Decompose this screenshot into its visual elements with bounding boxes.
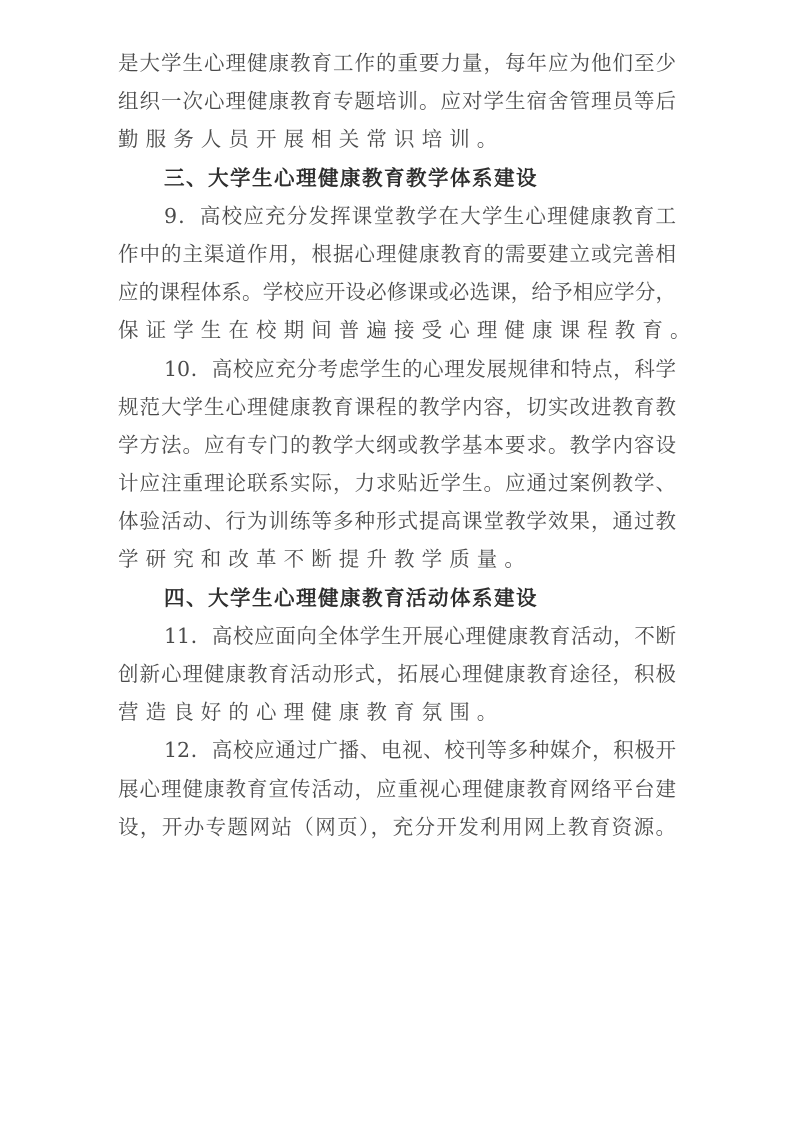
paragraph-10: 10．高校应充分考虑学生的心理发展规律和特点，科学 规范大学生心理健康教育课程的…: [118, 350, 676, 579]
paragraph-12: 12．高校应通过广播、电视、校刊等多种媒介，积极开 展心理健康教育宣传活动，应重…: [118, 731, 676, 846]
section-heading-3: 三、大学生心理健康教育教学体系建设: [118, 159, 676, 197]
text-line: 作中的主渠道作用，根据心理健康教育的需要建立或完善相: [118, 235, 676, 273]
text-line: 体验活动、行为训练等多种形式提高课堂教学效果，通过教: [118, 502, 676, 540]
text-line: 设，开办专题网站（网页），充分开发利用网上教育资源。: [118, 808, 676, 846]
text-line: 应的课程体系。学校应开设必修课或必选课，给予相应学分，: [118, 273, 676, 311]
text-line: 创新心理健康教育活动形式，拓展心理健康教育途径，积极: [118, 655, 676, 693]
text-line: 展心理健康教育宣传活动，应重视心理健康教育网络平台建: [118, 770, 676, 808]
text-line: 保证学生在校期间普遍接受心理健康课程教育。: [118, 311, 676, 349]
text-line: 勤服务人员开展相关常识培训。: [118, 120, 676, 158]
text-line: 学方法。应有专门的教学大纲或教学基本要求。教学内容设: [118, 426, 676, 464]
text-line: 9．高校应充分发挥课堂教学在大学生心理健康教育工: [118, 197, 676, 235]
paragraph-11: 11．高校应面向全体学生开展心理健康教育活动，不断 创新心理健康教育活动形式，拓…: [118, 617, 676, 732]
paragraph-9: 9．高校应充分发挥课堂教学在大学生心理健康教育工 作中的主渠道作用，根据心理健康…: [118, 197, 676, 350]
paragraph-continuation: 是大学生心理健康教育工作的重要力量，每年应为他们至少 组织一次心理健康教育专题培…: [118, 44, 676, 159]
text-line: 10．高校应充分考虑学生的心理发展规律和特点，科学: [118, 350, 676, 388]
section-heading-4: 四、大学生心理健康教育活动体系建设: [118, 579, 676, 617]
document-page: 是大学生心理健康教育工作的重要力量，每年应为他们至少 组织一次心理健康教育专题培…: [118, 44, 676, 846]
text-line: 计应注重理论联系实际，力求贴近学生。应通过案例教学、: [118, 464, 676, 502]
text-line: 营造良好的心理健康教育氛围。: [118, 693, 676, 731]
text-line: 是大学生心理健康教育工作的重要力量，每年应为他们至少: [118, 44, 676, 82]
text-line: 12．高校应通过广播、电视、校刊等多种媒介，积极开: [118, 731, 676, 769]
text-line: 组织一次心理健康教育专题培训。应对学生宿舍管理员等后: [118, 82, 676, 120]
text-line: 11．高校应面向全体学生开展心理健康教育活动，不断: [118, 617, 676, 655]
text-line: 规范大学生心理健康教育课程的教学内容，切实改进教育教: [118, 388, 676, 426]
text-line: 学研究和改革不断提升教学质量。: [118, 540, 676, 578]
